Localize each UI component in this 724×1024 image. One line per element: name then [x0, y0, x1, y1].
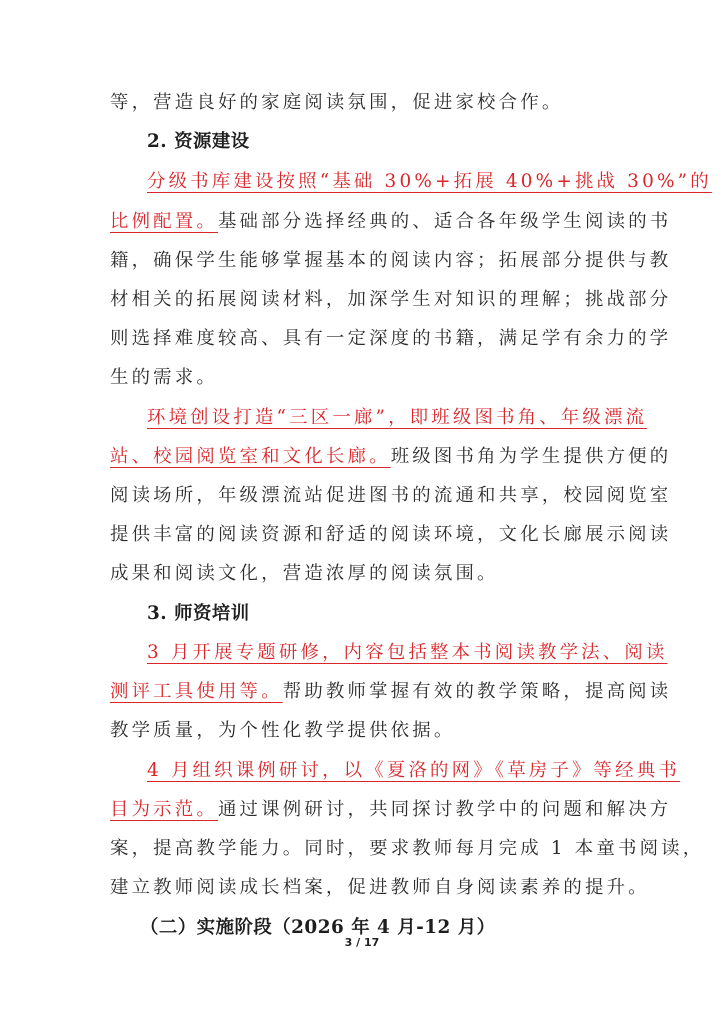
body-text: 则选择难度较高、具有一定深度的书籍，满足学有余力的学	[110, 328, 671, 349]
highlighted-text: 分级书库建设按照“基础 30%+拓展 40%+挑战 30%”的	[147, 171, 712, 192]
paragraph-line: 案，提高教学能力。同时，要求教师每月完成 1 本童书阅读，	[110, 834, 616, 864]
section-heading-teacher-training: 3. 师资培训	[147, 599, 616, 629]
paragraph-line: 环境创设打造“三区一廊”，即班级图书角、年级漂流	[147, 403, 616, 433]
body-text: 提供丰富的阅读资源和舒适的阅读环境，文化长廊展示阅读	[110, 524, 671, 545]
body-text: 等，营造良好的家庭阅读氛围，促进家校合作。	[110, 92, 563, 113]
body-text: 生的需求。	[110, 367, 218, 388]
section-heading-resource-building: 2. 资源建设	[147, 127, 616, 157]
paragraph-line: 比例配置。基础部分选择经典的、适合各年级学生阅读的书	[110, 207, 616, 237]
highlighted-text: 4 月组织课例研讨，以《夏洛的网》《草房子》等经典书	[147, 760, 680, 781]
body-text: 成果和阅读文化，营造浓厚的阅读氛围。	[110, 563, 499, 584]
paragraph-line: 等，营造良好的家庭阅读氛围，促进家校合作。	[110, 88, 616, 118]
paragraph-line: 则选择难度较高、具有一定深度的书籍，满足学有余力的学	[110, 324, 616, 354]
body-text: 案，提高教学能力。同时，要求教师每月完成 1 本童书阅读，	[110, 838, 704, 859]
paragraph-line: 目为示范。通过课例研讨，共同探讨教学中的问题和解决方	[110, 795, 616, 825]
paragraph-line: 提供丰富的阅读资源和舒适的阅读环境，文化长廊展示阅读	[110, 520, 616, 550]
highlighted-text: 3 月开展专题研修，内容包括整本书阅读教学法、阅读	[147, 642, 668, 663]
highlighted-text: 环境创设打造“三区一廊”，即班级图书角、年级漂流	[147, 407, 647, 428]
paragraph-line: 成果和阅读文化，营造浓厚的阅读氛围。	[110, 559, 616, 589]
body-text: 建立教师阅读成长档案，促进教师自身阅读素养的提升。	[110, 877, 650, 898]
paragraph-line: 材相关的拓展阅读材料，加深学生对知识的理解；挑战部分	[110, 285, 616, 315]
paragraph-line: 分级书库建设按照“基础 30%+拓展 40%+挑战 30%”的	[147, 167, 616, 197]
document-page: 等，营造良好的家庭阅读氛围，促进家校合作。 2. 资源建设 分级书库建设按照“基…	[0, 0, 724, 1024]
heading-text: 2. 资源建设	[147, 131, 250, 152]
paragraph-line: 测评工具使用等。帮助教师掌握有效的教学策略，提高阅读	[110, 677, 616, 707]
paragraph-line: 站、校园阅览室和文化长廊。班级图书角为学生提供方便的	[110, 442, 616, 472]
paragraph-line: 建立教师阅读成长档案，促进教师自身阅读素养的提升。	[110, 873, 616, 903]
paragraph-line: 3 月开展专题研修，内容包括整本书阅读教学法、阅读	[147, 638, 616, 668]
paragraph-line: 教学质量，为个性化教学提供依据。	[110, 716, 616, 746]
paragraph-line: 阅读场所，年级漂流站促进图书的流通和共享，校园阅览室	[110, 481, 616, 511]
body-text: 籍，确保学生能够掌握基本的阅读内容；拓展部分提供与教	[110, 250, 671, 271]
highlighted-text: 测评工具使用等。	[110, 681, 283, 702]
body-text: 帮助教师掌握有效的教学策略，提高阅读	[283, 681, 672, 702]
body-text: 基础部分选择经典的、适合各年级学生阅读的书	[218, 211, 671, 232]
body-text: 教学质量，为个性化教学提供依据。	[110, 720, 455, 741]
heading-text: （二）实施阶段（2026 年 4 月-12 月）	[140, 917, 496, 938]
body-text: 通过课例研讨，共同探讨教学中的问题和解决方	[218, 799, 671, 820]
highlighted-text: 目为示范。	[110, 799, 218, 820]
paragraph-line: 4 月组织课例研讨，以《夏洛的网》《草房子》等经典书	[147, 756, 616, 786]
body-text: 材相关的拓展阅读材料，加深学生对知识的理解；挑战部分	[110, 289, 671, 310]
page-number: 3 / 17	[0, 936, 724, 949]
heading-text: 3. 师资培训	[147, 603, 250, 624]
highlighted-text: 比例配置。	[110, 211, 218, 232]
body-text: 班级图书角为学生提供方便的	[391, 446, 672, 467]
paragraph-line: 生的需求。	[110, 363, 616, 393]
highlighted-text: 站、校园阅览室和文化长廊。	[110, 446, 391, 467]
body-text: 阅读场所，年级漂流站促进图书的流通和共享，校园阅览室	[110, 485, 671, 506]
paragraph-line: 籍，确保学生能够掌握基本的阅读内容；拓展部分提供与教	[110, 246, 616, 276]
